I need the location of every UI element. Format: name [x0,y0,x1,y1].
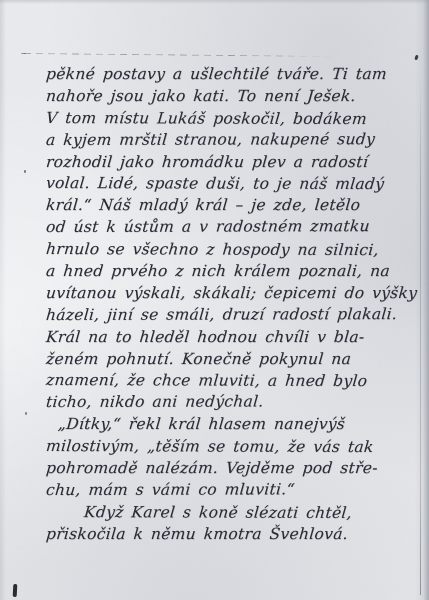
ink-blot [13,584,18,597]
handwritten-line: „Dítky,“ řekl král hlasem nanejvýš [45,414,425,436]
scan-scratch-line [24,53,334,57]
handwritten-line: nahoře jsou jako kati. To není Ješek. [45,86,425,108]
handwritten-line: pohromadě nalézám. Vejděme pod stře- [45,458,425,480]
handwritten-line: král.“ Náš mladý král – je zde, letělo [45,195,425,217]
handwritten-line: volal. Lidé, spaste duši, to je náš mlad… [45,173,425,196]
handwritten-line: uvítanou výskali, skákali; čepicemi do v… [45,283,425,305]
handwritten-line: Když Karel s koně slézati chtěl, [45,502,425,525]
handwritten-text-block: pěkné postavy a ušlechtilé tváře. Ti tam… [45,64,423,546]
handwritten-line: hrnulo se všechno z hospody na silnici, [45,239,425,262]
handwritten-line: chu, mám s vámi co mluviti.“ [45,479,425,502]
handwritten-line: ženém pohnutí. Konečně pokynul na [45,349,425,371]
handwritten-line: ticho, nikdo ani nedýchal. [45,391,425,414]
ink-speck [21,53,26,54]
ink-speck [25,412,27,415]
scanned-page: pěkné postavy a ušlechtilé tváře. Ti tam… [0,0,429,600]
handwritten-line: rozhodil jako hromádku plev a radostí [45,152,425,174]
handwritten-line: házeli, jiní se smáli, druzí radostí pla… [45,304,425,327]
handwritten-line: V tom místu Lukáš poskočil, bodákem [45,108,425,131]
handwritten-line: Král na to hleděl hodnou chvíli v bla- [45,327,425,349]
handwritten-line: přiskočila k němu kmotra Švehlová. [45,524,425,546]
ink-speck [414,55,418,61]
handwritten-line: od úst k ústům a v radostném zmatku [45,216,425,239]
handwritten-line: znamení, že chce mluviti, a hned bylo [45,370,425,393]
handwritten-line: milostivým, „těším se tomu, že vás tak [45,436,425,459]
handwritten-line: a kyjem mrštil stranou, nakupené sudy [45,129,425,152]
ink-speck [24,170,26,173]
handwritten-line: a hned prvého z nich králem poznali, na [45,261,425,283]
handwritten-line: pěkné postavy a ušlechtilé tváře. Ti tam [45,64,425,86]
